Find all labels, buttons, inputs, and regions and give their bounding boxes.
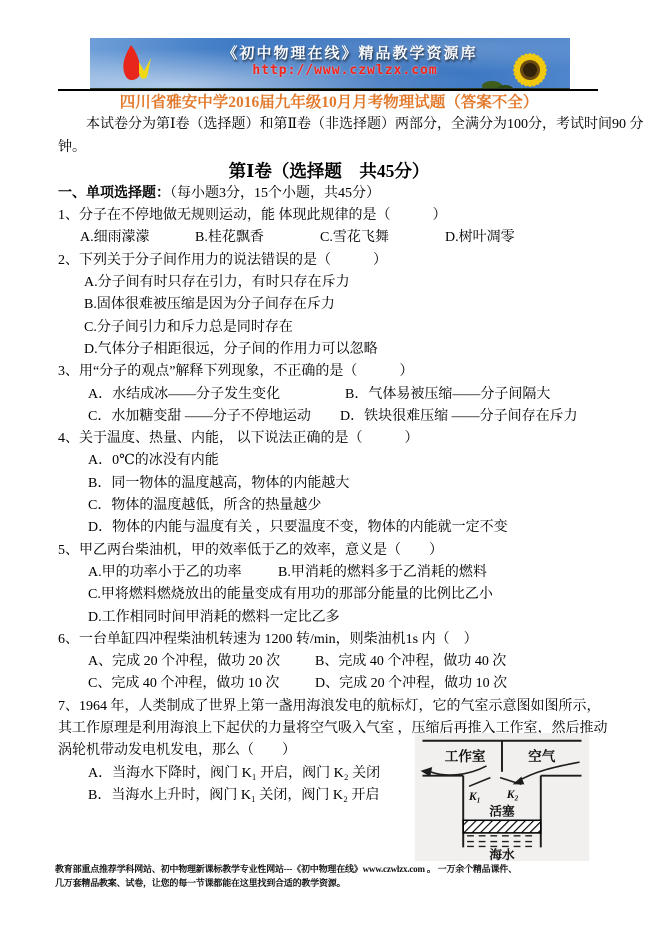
site-logo-icon — [112, 43, 154, 85]
q5-option-b: B.甲消耗的燃料多于乙消耗的燃料 — [278, 562, 487, 584]
figure-label-seawater: 海水 — [489, 847, 515, 861]
question-5-stem: 5、甲乙两台柴油机，甲的效率低于乙的效率，意义是（ ） — [58, 540, 600, 562]
q1-option-d: D.树叶凋零 — [445, 227, 515, 249]
q3-option-d: D．铁块很难压缩 ——分子间存在斥力 — [340, 406, 578, 428]
q6-option-b: B、完成 40 个冲程，做功 40 次 — [315, 651, 506, 673]
question-3-options-row2: C．水加糖变甜 ——分子不停地运动 D．铁块很难压缩 ——分子间存在斥力 — [58, 406, 600, 428]
question-7-stem-line1: 7、1964 年，人类制成了世界上第一盏用海浪发电的航标灯，它的气室示意图如图所… — [58, 696, 600, 718]
question-1-options: A.细雨濛濛 B.桂花飘香 C.雪花飞舞 D.树叶凋零 — [58, 227, 600, 249]
exam-document-page: 《初中物理在线》精品教学资源库 http://www.czwlzx.com — [0, 0, 661, 936]
footer-promo: 教育部重点推荐学科网站、初中物理新课标教学专业性网站---《初中物理在线》www… — [55, 862, 615, 890]
question-6-options-row2: C、完成 40 个冲程，做功 10 次 D、完成 20 个冲程，做功 10 次 — [58, 673, 600, 695]
q1-option-a: A.细雨濛濛 — [80, 227, 150, 249]
question-4-stem: 4、关于温度、热量、内能， 以下说法正确的是（ ） — [58, 428, 600, 450]
q3-option-a: A．水结成冰——分子发生变化 — [88, 384, 280, 406]
footer-promo-line1: 教育部重点推荐学科网站、初中物理新课标教学专业性网站---《初中物理在线》www… — [55, 862, 615, 876]
q2-option-c: C.分子间引力和斥力总是同时存在 — [58, 317, 600, 339]
figure-label-valve-k1: K₁ — [468, 790, 481, 803]
part1-heading: 第Ⅰ卷（选择题 共45分） — [58, 159, 600, 183]
q2-option-b: B.固体很难被压缩是因为分子间存在斥力 — [58, 294, 600, 316]
intro-text-line2: 钟。 — [58, 137, 600, 159]
question-5-options-row1: A.甲的功率小于乙的功率 B.甲消耗的燃料多于乙消耗的燃料 — [58, 562, 600, 584]
section-heading: 一、单项选择题：（每小题3分，15个小题，共45分） — [58, 183, 600, 205]
question-3-options-row1: A．水结成冰——分子发生变化 B．气体易被压缩——分子间隔大 — [58, 384, 600, 406]
figure-label-work-chamber: 工作室 — [445, 748, 486, 764]
header-divider — [58, 89, 598, 91]
q2-option-d: D.气体分子相距很远，分子间的作用力可以忽略 — [58, 339, 600, 361]
question-2-stem: 2、下列关于分子间作用力的说法错误的是（ ） — [58, 250, 600, 272]
q5-option-d: D.工作相同时间甲消耗的燃料一定比乙多 — [58, 607, 600, 629]
q6-option-d: D、完成 20 个冲程，做功 10 次 — [315, 673, 507, 695]
q4-option-b: B．同一物体的温度越高，物体的内能越大 — [58, 473, 600, 495]
question-6-stem: 6、一台单缸四冲程柴油机转速为 1200 转/min，则柴油机1s 内（ ） — [58, 629, 600, 651]
q1-option-b: B.桂花飘香 — [195, 227, 264, 249]
air-chamber-figure: 工作室 空气 K₁ K₂ 活塞 海水 — [412, 733, 592, 861]
q5-option-c: C.甲将燃料燃烧放出的能量变成有用功的那部分能量的比例比乙小 — [58, 584, 600, 606]
q3-option-b: B．气体易被压缩——分子间隔大 — [345, 384, 550, 406]
figure-label-air: 空气 — [528, 748, 556, 764]
document-content: 四川省雅安中学2016届九年级10月月考物理试题（答案不全） 本试卷分为第Ⅰ卷（… — [58, 92, 600, 807]
q6-option-a: A、完成 20 个冲程，做功 20 次 — [88, 651, 280, 673]
question-6-options-row1: A、完成 20 个冲程，做功 20 次 B、完成 40 个冲程，做功 40 次 — [58, 651, 600, 673]
question-3-stem: 3、用“分子的观点”解释下列现象，不正确的是（ ） — [58, 361, 600, 383]
sunflower-image — [478, 44, 566, 91]
q1-option-c: C.雪花飞舞 — [320, 227, 389, 249]
section-heading-note: （每小题3分，15个小题，共45分） — [170, 186, 380, 201]
footer-promo-line2: 几万套精品教案、试卷，让您的每一节课都能在这里找到合适的教学资源。 — [55, 876, 615, 890]
q6-option-c: C、完成 40 个冲程，做功 10 次 — [88, 673, 279, 695]
document-title: 四川省雅安中学2016届九年级10月月考物理试题（答案不全） — [58, 92, 600, 114]
q5-option-a: A.甲的功率小于乙的功率 — [88, 562, 242, 584]
piston-hatch — [463, 820, 541, 833]
intro-text-line1: 本试卷分为第Ⅰ卷（选择题）和第Ⅱ卷（非选择题）两部分，全满分为100分，考试时间… — [58, 114, 600, 136]
site-banner: 《初中物理在线》精品教学资源库 http://www.czwlzx.com — [90, 38, 570, 91]
q4-option-c: C．物体的温度越低，所含的热量越少 — [58, 495, 600, 517]
section-heading-label: 一、单项选择题： — [58, 186, 170, 201]
q4-option-d: D．物体的内能与温度有关 ，只要温度不变，物体的内能就一定不变 — [58, 517, 600, 539]
question-1-stem: 1、分子在不停地做无规则运动，能 体现此规律的是（ ） — [58, 205, 600, 227]
q3-option-c: C．水加糖变甜 ——分子不停地运动 — [88, 406, 311, 428]
figure-label-valve-k2: K₂ — [506, 788, 519, 801]
figure-label-piston: 活塞 — [489, 803, 515, 818]
q2-option-a: A.分子间有时只存在引力，有时只存在斥力 — [58, 272, 600, 294]
q4-option-a: A．0℃的冰没有内能 — [58, 450, 600, 472]
